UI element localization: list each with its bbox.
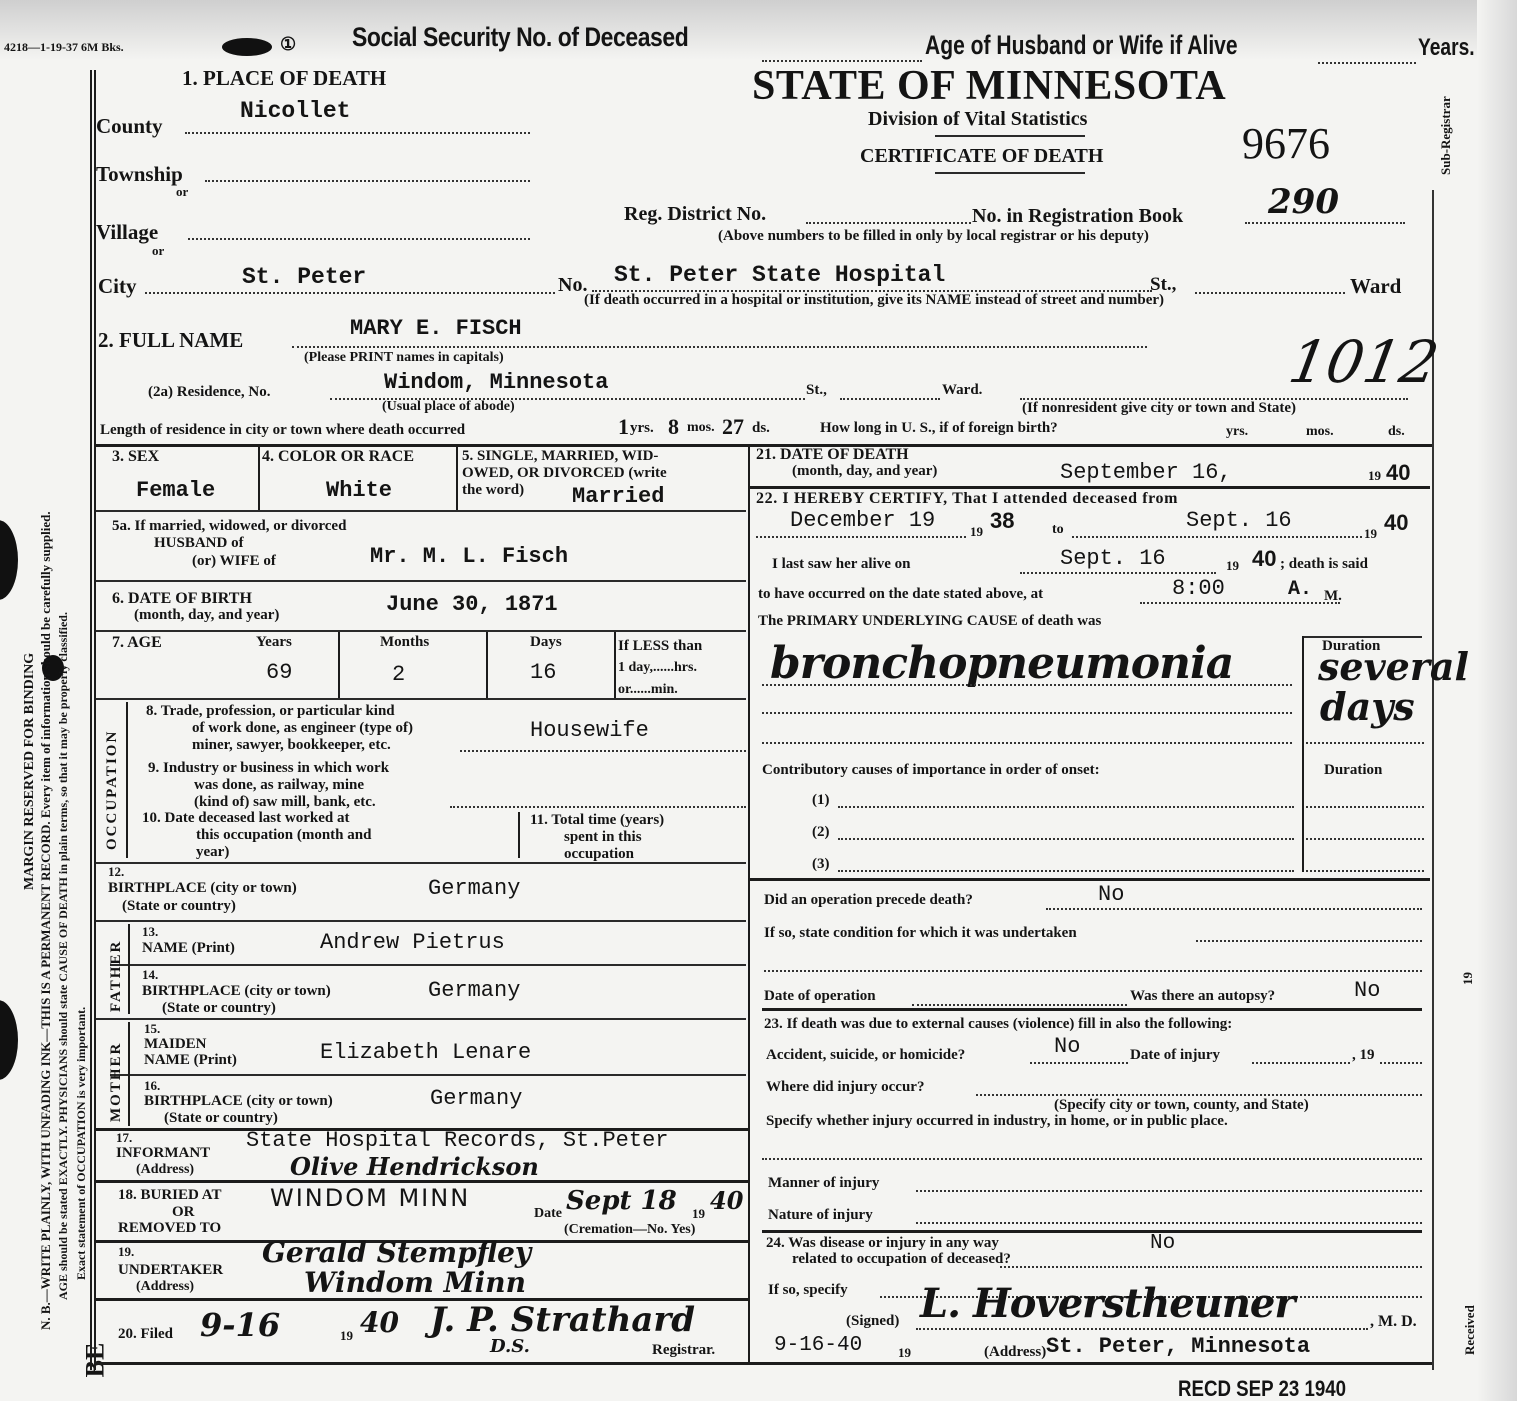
total-label-1: 11. Total time (years) (530, 812, 664, 829)
operation-condition-label: If so, state condition for which it was … (764, 925, 1077, 942)
occurred-label: to have occurred on the date stated abov… (758, 586, 1043, 603)
injury-date-field[interactable] (1252, 1062, 1350, 1064)
burial-label-1: 18. BURIED AT (118, 1187, 222, 1204)
burial-date-label: Date (534, 1206, 562, 1222)
contributory-2-label: (2) (812, 824, 830, 841)
mos-label: mos. (687, 420, 715, 436)
length-residence-label: Length of residence in city or town wher… (100, 422, 465, 439)
form-bottom-border (96, 1362, 1432, 1365)
father-bp-num: 14. (142, 967, 158, 983)
age-months-label: Months (380, 634, 429, 651)
village-label: Village (96, 220, 158, 245)
trade-line (460, 750, 746, 752)
margin-line-1: N. B.—WRITE PLAINLY, WITH UNFADING INK—T… (38, 511, 54, 1330)
ds-label: ds. (752, 420, 770, 437)
length-months[interactable]: 8 (668, 414, 679, 440)
mother-side-divider (128, 1022, 130, 1126)
specify-place-field[interactable] (762, 1158, 1422, 1160)
total-label-2: spent in this (564, 829, 642, 846)
mother-bp-value[interactable]: Germany (430, 1086, 522, 1111)
us-ds[interactable]: ds. (1388, 424, 1405, 440)
cause-line-2 (762, 712, 1292, 714)
to-label: to (1052, 522, 1064, 538)
ward-field[interactable] (1195, 292, 1345, 294)
operation-date-label: Date of operation (764, 988, 876, 1005)
divider (935, 172, 1085, 174)
city-value[interactable]: St. Peter (242, 264, 366, 290)
row-divider (96, 1018, 746, 1020)
where-injury-label: Where did injury occur? (766, 1079, 924, 1096)
nonresident-note: (If nonresident give city or town and St… (1022, 400, 1296, 417)
contributory-label: Contributory causes of importance in ord… (762, 762, 1100, 779)
death-date-value[interactable]: September 16, (1060, 460, 1232, 485)
injury-date-label: Date of injury (1130, 1047, 1220, 1064)
mother-side-label: MOTHER (108, 1042, 125, 1122)
yrs-label: yrs. (630, 420, 654, 437)
reg-note: (Above numbers to be filled in only by l… (718, 228, 1149, 245)
accident-line (1030, 1062, 1128, 1064)
mother-name-label-2: NAME (Print) (144, 1052, 237, 1069)
informant-value[interactable]: State Hospital Records, St.Peter (246, 1128, 668, 1153)
certificate-number: 9676 (1242, 118, 1330, 169)
mother-name-num: 15. (144, 1021, 160, 1037)
contributory-1-label: (1) (812, 792, 830, 809)
marital-label-1: 5. SINGLE, MARRIED, WID- (462, 448, 658, 465)
death-year-prefix: 19 (1368, 468, 1381, 484)
residence-label: (2a) Residence, No. (148, 384, 270, 401)
certify-text: 22. I HEREBY CERTIFY, That I attended de… (756, 490, 1178, 508)
cell-divider (518, 812, 520, 858)
village-field[interactable] (188, 238, 530, 240)
md-label: , M. D. (1370, 1313, 1417, 1331)
township-label: Township (96, 162, 183, 187)
signature-address-value[interactable]: St. Peter, Minnesota (1046, 1334, 1310, 1359)
father-name-value[interactable]: Andrew Pietrus (320, 930, 505, 955)
row-divider (110, 1074, 746, 1076)
spouse-label-1: 5a. If married, widowed, or divorced (112, 518, 346, 535)
filed-date[interactable]: 9-16 (200, 1306, 280, 1344)
spouse-age-field[interactable] (1318, 62, 1416, 64)
row-divider (96, 862, 746, 864)
years-label: Years. (1418, 34, 1475, 62)
operation-preceded-label: Did an operation precede death? (764, 892, 973, 909)
cell-divider (486, 632, 488, 698)
form-left-border-inner (94, 70, 96, 1370)
registrar-label: Registrar. (652, 1342, 715, 1359)
form-left-border (90, 70, 92, 1370)
city-label: City (98, 274, 137, 299)
filed-year-prefix: 19 (340, 1328, 353, 1344)
marital-label-3: the word) (462, 482, 524, 499)
signature-line (916, 1328, 1368, 1330)
trade-value[interactable]: Housewife (530, 718, 649, 743)
cause-line-1 (762, 684, 1292, 686)
duration-value-1[interactable]: several (1318, 644, 1469, 689)
institution-note: (If death occurred in a hospital or inst… (584, 292, 1164, 309)
race-value[interactable]: White (326, 478, 392, 503)
age-label: 7. AGE (112, 634, 162, 652)
reg-book-value[interactable]: 290 (1268, 182, 1339, 222)
cell-divider (338, 632, 340, 698)
form-code: 4218—1-19-37 6M Bks. (4, 40, 124, 55)
attended-to[interactable]: Sept. 16 (1186, 508, 1292, 533)
trade-label-2: of work done, as engineer (type of) (192, 720, 413, 737)
reg-district-field[interactable] (806, 222, 971, 224)
ampm-value[interactable]: A. (1288, 578, 1312, 601)
marital-label-2: OWED, OR DIVORCED (write (462, 465, 667, 482)
informant-address-label: (Address) (136, 1162, 194, 1178)
full-name-label: 2. FULL NAME (98, 328, 243, 353)
dob-label-1: 6. DATE OF BIRTH (112, 590, 252, 608)
institution-value[interactable]: St. Peter State Hospital (614, 262, 945, 288)
burial-year-value[interactable]: 40 (710, 1186, 743, 1215)
cell-divider (258, 446, 260, 510)
injury-year-field[interactable] (1380, 1062, 1422, 1064)
industry-label-1: 9. Industry or business in which work (148, 760, 389, 777)
certificate-title: CERTIFICATE OF DEATH (860, 145, 1103, 168)
us-duration-label: How long in U. S., if of foreign birth? (820, 420, 1058, 437)
length-years[interactable]: 1 (618, 414, 629, 440)
registrar-sub: D.S. (490, 1336, 530, 1357)
row-divider (96, 630, 746, 632)
external-header: 23. If death was due to external causes … (764, 1016, 1232, 1033)
contributory-2-duration[interactable] (1306, 838, 1424, 840)
length-days[interactable]: 27 (722, 414, 744, 440)
birthplace-num: 12. (108, 864, 124, 880)
informant-label: INFORMANT (116, 1145, 210, 1162)
industry-label-2: was done, as railway, mine (194, 777, 364, 794)
undertaker-label: UNDERTAKER (118, 1262, 223, 1279)
county-label: County (96, 114, 163, 139)
filed-year[interactable]: 40 (360, 1306, 399, 1339)
birthplace-value[interactable]: Germany (428, 876, 520, 901)
physician-signature[interactable]: L. Hoverstheuner (920, 1280, 1294, 1327)
contributory-3-field[interactable] (838, 870, 1294, 872)
margin-line-2: AGE should be stated EXACTLY. PHYSICIANS… (56, 612, 71, 1300)
spouse-label-3: (or) WIFE of (192, 553, 276, 570)
trade-label-3: miner, sawyer, bookkeeper, etc. (192, 737, 391, 754)
manner-injury-label: Manner of injury (768, 1175, 879, 1192)
row-divider (750, 486, 1430, 489)
scan-noise-right (1477, 0, 1517, 1401)
registrar-signature[interactable]: J. P. Strathard (430, 1300, 695, 1340)
birthplace-label-1: BIRTHPLACE (city or town) (108, 880, 297, 897)
last-saw-year[interactable]: 40 (1252, 546, 1276, 572)
accident-label: Accident, suicide, or homicide? (766, 1047, 965, 1064)
death-date-label-2: (month, day, and year) (792, 463, 937, 480)
specify-place-label: Specify whether injury occurred in indus… (766, 1113, 1228, 1130)
divider (935, 135, 1085, 137)
full-name-line (292, 346, 1147, 348)
contributory-duration-label: Duration (1324, 762, 1382, 779)
where-injury-note: (Specify city or town, county, and State… (1054, 1097, 1309, 1114)
mother-bp-label-1: BIRTHPLACE (city or town) (144, 1093, 333, 1110)
primary-cause-value[interactable]: bronchopneumonia (770, 638, 1233, 689)
attended-from[interactable]: December 19 (790, 508, 935, 533)
mother-bp-label-2: (State or country) (164, 1110, 278, 1127)
last-saw-label: I last saw her alive on (772, 556, 910, 573)
undertaker-name[interactable]: Gerald Stempfley (262, 1236, 531, 1269)
cell-divider (614, 632, 616, 698)
burial-year-prefix: 19 (692, 1206, 705, 1222)
occupational-line (1000, 1266, 1422, 1268)
signature-address-label: (Address) (984, 1344, 1046, 1361)
or-label: or (176, 184, 188, 200)
row-divider (750, 878, 1430, 881)
binding-hole-bottom (0, 1000, 18, 1080)
occupational-value[interactable]: No (1150, 1232, 1175, 1255)
row-divider (110, 964, 746, 966)
operation-condition-field[interactable] (1196, 940, 1422, 942)
burial-value[interactable]: WINDOM MINN (270, 1184, 470, 1212)
county-value[interactable]: Nicollet (240, 98, 350, 124)
occupational-specify-label: If so, specify (768, 1282, 848, 1299)
row-divider (96, 920, 746, 922)
less-label-1: If LESS than (618, 638, 702, 655)
burial-label-2: OR (172, 1204, 195, 1221)
lastworked-label-1: 10. Date deceased last worked at (142, 810, 349, 827)
operation-date-field[interactable] (912, 1004, 1127, 1006)
autopsy-label: Was there an autopsy? (1130, 988, 1275, 1005)
attended-from-line (756, 536, 966, 538)
residence-ward-label: Ward. (942, 382, 982, 399)
city-field-line (145, 292, 555, 294)
row-divider (96, 510, 746, 512)
burial-label-3: REMOVED TO (118, 1220, 221, 1237)
full-name-note: (Please PRINT names in capitals) (304, 350, 504, 366)
birthplace-label-2: (State or country) (122, 898, 236, 915)
father-bp-label-1: BIRTHPLACE (city or town) (142, 983, 331, 1000)
primary-cause-label: The PRIMARY UNDERLYING CAUSE of death wa… (758, 613, 1101, 630)
occupation-side-divider (126, 702, 128, 858)
operation-preceded-value[interactable]: No (1098, 882, 1124, 907)
father-side-label: FATHER (108, 940, 125, 1012)
cell-divider (456, 446, 458, 510)
informant-num: 17. (116, 1130, 132, 1146)
informant-signature[interactable]: Olive Hendrickson (290, 1152, 539, 1181)
or-label: or (152, 243, 164, 259)
occupational-label-1: 24. Was disease or injury in any way (766, 1235, 999, 1252)
last-saw-line (1020, 572, 1216, 574)
state-title: STATE OF MINNESOTA (752, 62, 1226, 110)
death-said-label: ; death is said (1280, 556, 1368, 573)
age-months-value[interactable]: 2 (392, 662, 405, 687)
contributory-2-field[interactable] (838, 838, 1294, 840)
column-divider (748, 444, 750, 1364)
row-divider (762, 1008, 1422, 1011)
cremation-note: (Cremation—No. Yes) (564, 1222, 695, 1238)
burial-date-value[interactable]: Sept 18 (566, 1186, 677, 1216)
marital-value[interactable]: Married (572, 484, 664, 509)
contributory-1-field[interactable] (838, 806, 1294, 808)
death-date-label-1: 21. DATE OF DEATH (756, 446, 909, 464)
dob-value[interactable]: June 30, 1871 (386, 592, 558, 617)
margin-line-3: Exact statement of OCCUPATION is very im… (74, 1007, 89, 1280)
sex-label: 3. SEX (112, 448, 159, 466)
m-label: M. (1324, 588, 1342, 605)
father-side-divider (128, 924, 130, 1014)
father-name-num: 13. (142, 924, 158, 940)
nature-injury-field[interactable] (916, 1222, 1422, 1224)
less-label-3[interactable]: or......min. (618, 682, 678, 698)
operation-preceded-line (1046, 908, 1422, 910)
union-mark: ① (280, 34, 296, 55)
mother-name-label-1: MAIDEN (144, 1036, 207, 1053)
contributory-3-duration[interactable] (1306, 870, 1424, 872)
undertaker-address-label: (Address) (136, 1279, 194, 1295)
row-divider (96, 698, 746, 700)
residence-st-label: St., (806, 382, 827, 399)
father-name-label: NAME (Print) (142, 940, 235, 957)
time-line (1140, 602, 1340, 604)
contributory-3-label: (3) (812, 856, 830, 873)
filed-label: 20. Filed (118, 1326, 173, 1343)
operation-condition-field-2[interactable] (764, 970, 1422, 972)
contributory-1-duration[interactable] (1306, 806, 1424, 808)
from-year[interactable]: 38 (990, 508, 1014, 534)
accident-value[interactable]: No (1054, 1034, 1080, 1059)
cause-line-3 (762, 742, 1292, 744)
reg-district-label: Reg. District No. (624, 203, 766, 226)
from-year-prefix: 19 (970, 524, 983, 540)
duration-divider (1302, 636, 1304, 872)
township-field[interactable] (205, 180, 530, 182)
industry-field[interactable] (450, 806, 746, 808)
received-stamp: RECD SEP 23 1940 (1178, 1376, 1346, 1401)
industry-label-3: (kind of) saw mill, bank, etc. (194, 794, 376, 811)
duration-line (1306, 742, 1424, 744)
time-value[interactable]: 8:00 (1172, 576, 1225, 601)
injury-year-prefix: , 19 (1352, 1047, 1375, 1064)
last-saw-year-prefix: 19 (1226, 558, 1239, 574)
nineteen-label: 19 (1460, 972, 1476, 985)
spouse-label-2: HUSBAND of (154, 535, 244, 552)
where-injury-field[interactable] (976, 1094, 1422, 1096)
father-bp-label-2: (State or country) (162, 1000, 276, 1017)
union-label-icon (222, 38, 272, 56)
duration-value-2[interactable]: days (1320, 684, 1415, 729)
signed-label: (Signed) (846, 1313, 899, 1330)
received-label: Received (1462, 1305, 1478, 1355)
total-label-3: occupation (564, 846, 634, 863)
age-years-label: Years (256, 634, 292, 651)
to-year-prefix: 19 (1364, 526, 1377, 542)
undertaker-num: 19. (118, 1244, 134, 1260)
county-field-line (185, 132, 530, 134)
age-days-value[interactable]: 16 (530, 660, 556, 685)
age-years-value[interactable]: 69 (266, 660, 292, 685)
occupational-label-2: related to occupation of deceased? (792, 1251, 1011, 1268)
file-mark: 1012 (1284, 328, 1444, 396)
lastworked-label-2: this occupation (month and (196, 827, 371, 844)
signature-year-prefix: 19 (898, 1345, 911, 1361)
place-of-death-heading: 1. PLACE OF DEATH (182, 66, 386, 91)
us-yrs[interactable]: yrs. (1226, 424, 1248, 440)
reg-book-label: No. in Registration Book (972, 205, 1183, 228)
residence-ward-field[interactable] (840, 398, 940, 400)
sex-value[interactable]: Female (136, 478, 215, 503)
manner-injury-field[interactable] (916, 1190, 1422, 1192)
margin-binding-note: MARGIN RESERVED FOR BINDING (22, 653, 38, 890)
last-saw-value[interactable]: Sept. 16 (1060, 546, 1166, 571)
reg-book-line (1245, 222, 1405, 224)
ssn-label: Social Security No. of Deceased (352, 22, 688, 53)
binding-hole-top (0, 520, 18, 600)
father-bp-value[interactable]: Germany (428, 978, 520, 1003)
dob-label-2: (month, day, and year) (134, 607, 279, 624)
to-year[interactable]: 40 (1384, 510, 1408, 536)
full-name-value[interactable]: MARY E. FISCH (350, 316, 522, 341)
signature-date[interactable]: 9-16-40 (774, 1334, 862, 1357)
residence-value[interactable]: Windom, Minnesota (384, 370, 608, 395)
spouse-age-label: Age of Husband or Wife if Alive (925, 30, 1238, 61)
division-title: Division of Vital Statistics (868, 108, 1087, 131)
sub-registrar-label: Sub-Registrar (1438, 96, 1454, 175)
mother-name-value[interactable]: Elizabeth Lenare (320, 1040, 531, 1065)
attended-to-line (1072, 536, 1362, 538)
spouse-value[interactable]: Mr. M. L. Fisch (370, 544, 568, 569)
death-year-value[interactable]: 40 (1386, 460, 1410, 486)
row-divider (96, 580, 746, 582)
ward-label: Ward (1350, 274, 1401, 299)
occupation-side-label: OCCUPATION (104, 730, 121, 850)
undertaker-address[interactable]: Windom Minn (304, 1266, 526, 1299)
autopsy-value[interactable]: No (1354, 978, 1380, 1003)
age-days-label: Days (530, 634, 562, 651)
nature-injury-label: Nature of injury (768, 1207, 873, 1224)
mother-bp-num: 16. (144, 1078, 160, 1094)
less-label-2[interactable]: 1 day,......hrs. (618, 660, 697, 676)
row-divider (762, 1230, 1422, 1233)
us-mos[interactable]: mos. (1306, 424, 1334, 440)
race-label: 4. COLOR OR RACE (262, 448, 414, 466)
residence-note: (Usual place of abode) (382, 399, 515, 415)
trade-label-1: 8. Trade, profession, or particular kind (146, 703, 395, 720)
lastworked-label-3: year) (196, 844, 229, 861)
